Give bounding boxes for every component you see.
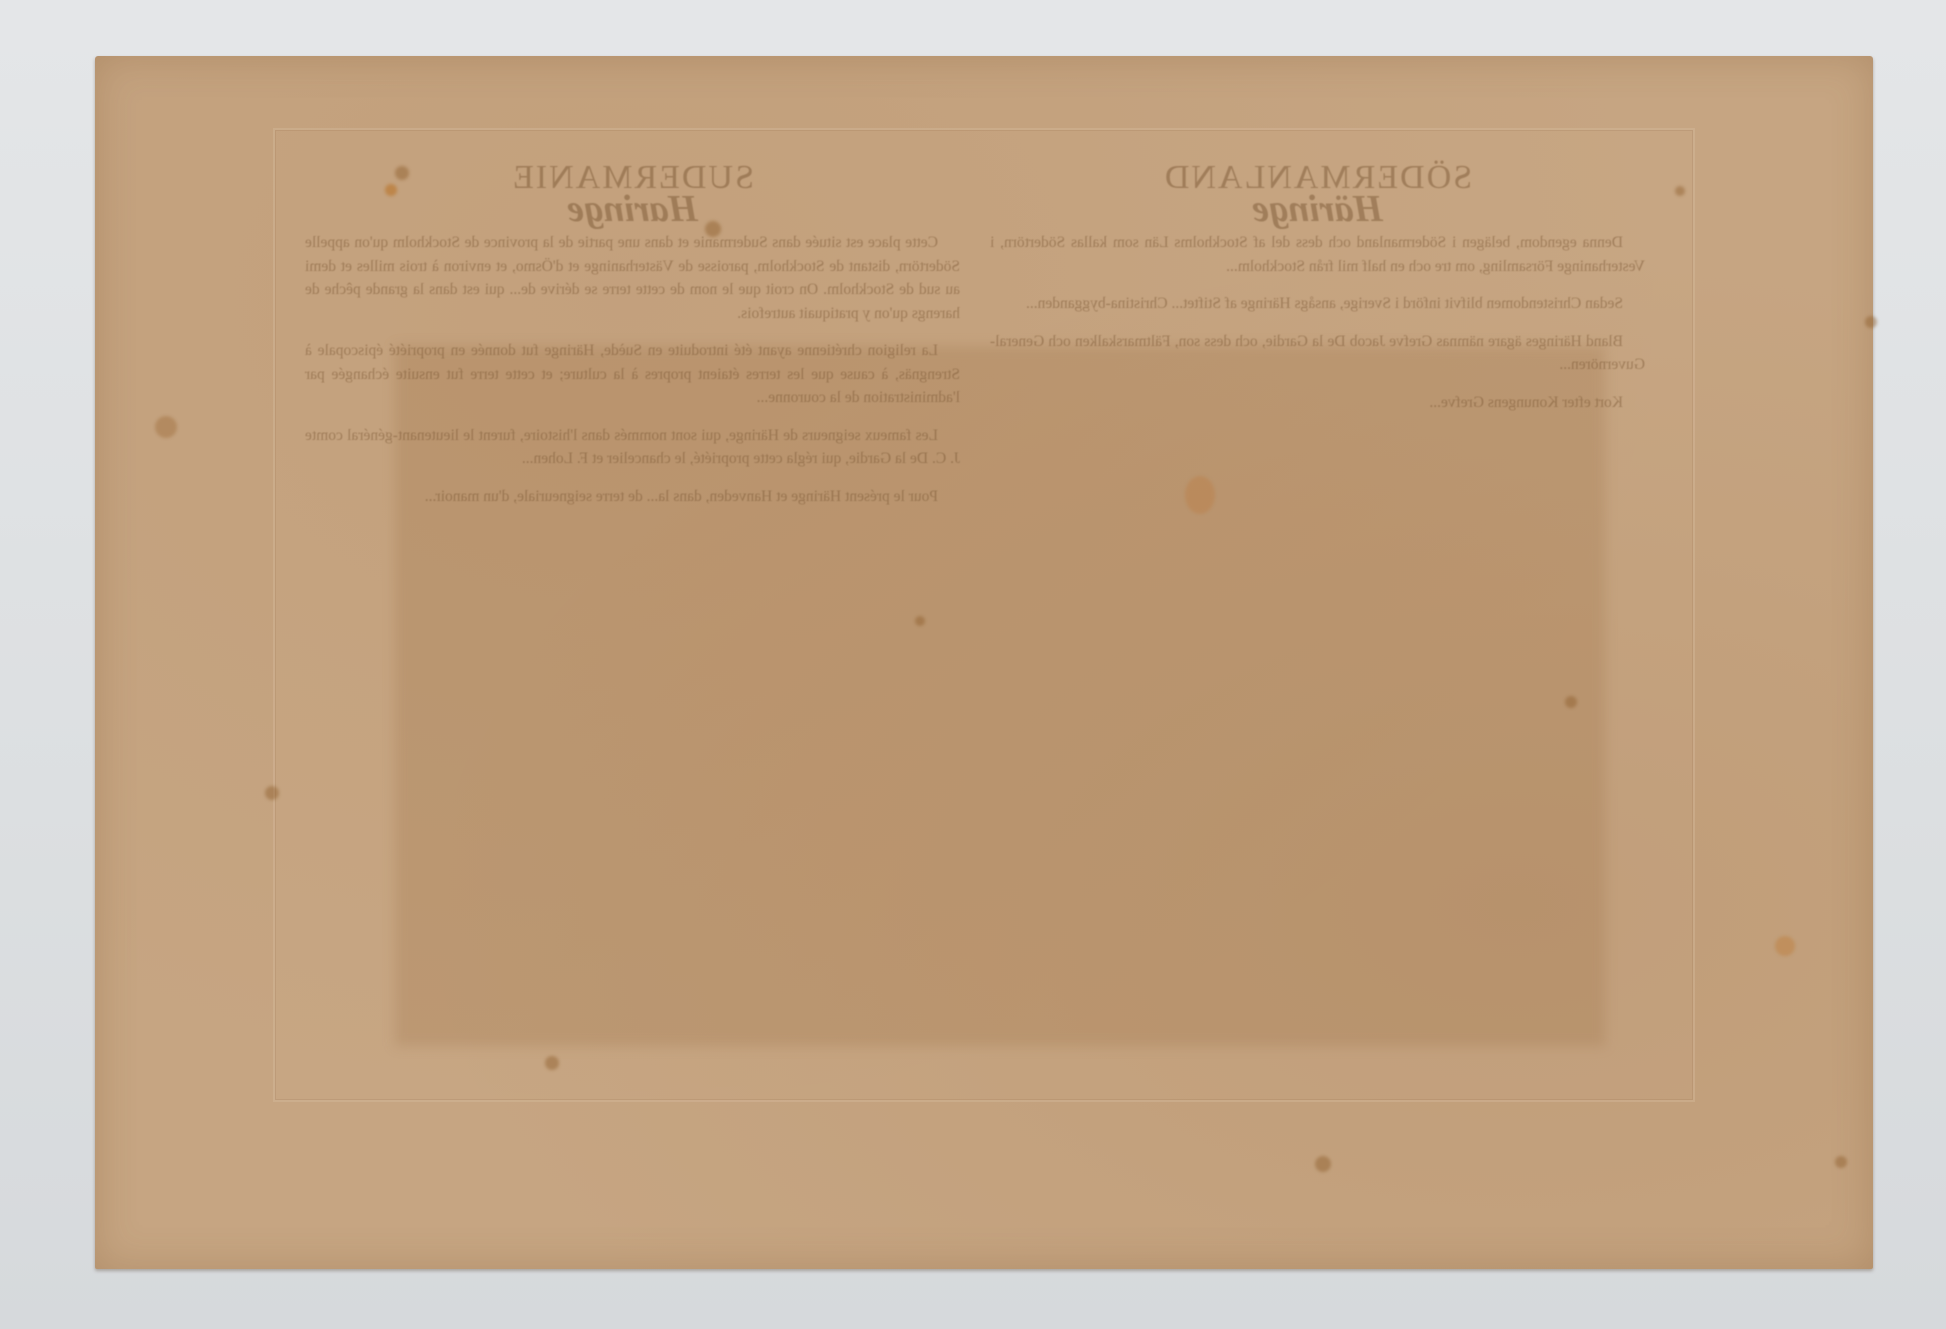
left-paragraph: Les fameux seigneurs de Häringe, qui son…	[305, 424, 960, 471]
foxing-spot	[1315, 1156, 1331, 1172]
right-title: SÖDERMANLAND	[990, 166, 1645, 190]
foxing-spot	[1185, 476, 1215, 514]
foxing-spot	[1775, 936, 1795, 956]
right-subtitle: Häringe	[990, 198, 1645, 222]
left-paragraph: La religion chrétienne ayant été introdu…	[305, 339, 960, 410]
foxing-spot	[915, 616, 925, 626]
right-paragraph: Kort efter Konungens Grefve...	[990, 391, 1645, 415]
foxing-spot	[265, 786, 279, 800]
foxing-spot	[1675, 186, 1685, 196]
foxing-spot	[385, 184, 397, 196]
paper-sheet: SUDERMANIE Haringe Cette place est situé…	[95, 56, 1873, 1269]
foxing-spot	[1835, 1156, 1847, 1168]
right-text-column: SÖDERMANLAND Häringe Denna egendom, belä…	[990, 166, 1645, 428]
left-text-column: SUDERMANIE Haringe Cette place est situé…	[305, 166, 960, 522]
foxing-spot	[395, 166, 409, 180]
foxing-spot	[1565, 696, 1577, 708]
left-paragraph: Cette place est située dans Sudermanie e…	[305, 231, 960, 325]
right-paragraph: Denna egendom, belägen i Södermanland oc…	[990, 231, 1645, 278]
left-subtitle: Haringe	[305, 198, 960, 222]
right-paragraph: Bland Häringes ägare nämnas Grefve Jacob…	[990, 330, 1645, 377]
left-paragraph: Pour le présent Häringe et Hanveden, dan…	[305, 485, 960, 509]
foxing-spot	[705, 221, 721, 237]
foxing-spot	[155, 416, 177, 438]
foxing-spot	[545, 1056, 559, 1070]
foxing-spot	[1865, 316, 1877, 328]
right-paragraph: Sedan Christendomen blifvit införd i Sve…	[990, 292, 1645, 316]
